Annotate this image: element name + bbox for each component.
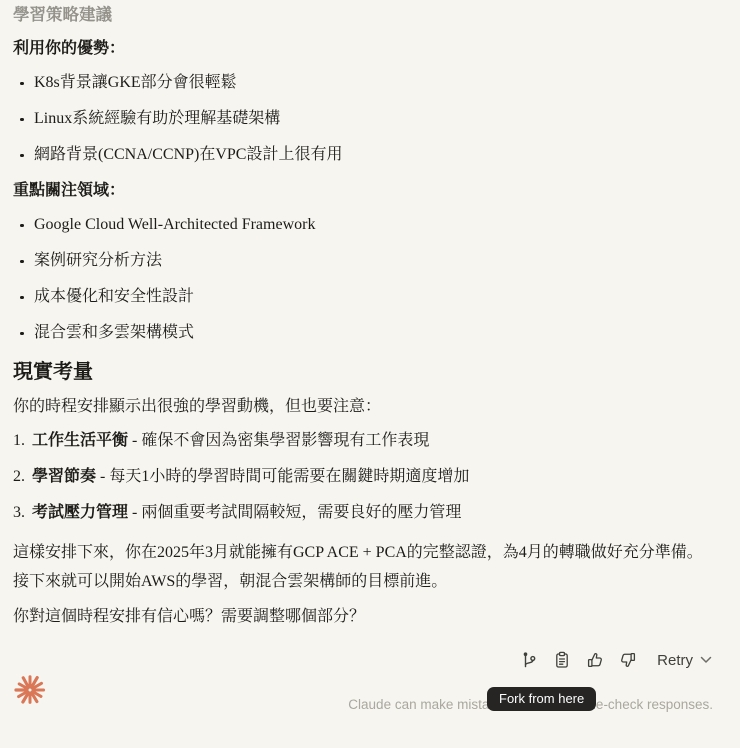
fork-icon <box>520 651 538 669</box>
item-number: 1. <box>13 432 25 449</box>
bullet-dot <box>20 332 24 336</box>
list-item-text: 網路背景(CCNA/CCNP)在VPC設計上很有用 <box>34 146 342 163</box>
list-item-text: Google Cloud Well-Architected Framework <box>34 216 315 233</box>
message-actions-toolbar: Retry <box>0 628 740 670</box>
item-number: 2. <box>13 468 25 485</box>
copy-button[interactable] <box>552 650 572 670</box>
follow-up-question: 你對這個時程安排有信心嗎？需要調整哪個部分？ <box>13 606 713 628</box>
fork-button[interactable] <box>519 650 539 670</box>
fork-tooltip: Fork from here <box>487 687 596 711</box>
considerations-list: 1.工作生活平衡 - 確保不會因為密集學習影響現有工作表現 2.學習節奏 - 每… <box>13 430 713 524</box>
list-item-text: 案例研究分析方法 <box>34 252 162 269</box>
item-title: 工作生活平衡 <box>32 432 128 449</box>
focus-list: Google Cloud Well-Architected Framework … <box>13 214 713 344</box>
list-item: 案例研究分析方法 <box>13 250 713 272</box>
list-item: 網路背景(CCNA/CCNP)在VPC設計上很有用 <box>13 144 713 166</box>
list-item-text: Linux系統經驗有助於理解基礎架構 <box>34 110 280 127</box>
list-item: 混合雲和多雲架構模式 <box>13 322 713 344</box>
claude-logo-icon <box>12 672 48 708</box>
list-item: K8s背景讓GKE部分會很輕鬆 <box>13 72 713 94</box>
strengths-list: K8s背景讓GKE部分會很輕鬆 Linux系統經驗有助於理解基礎架構 網路背景(… <box>13 72 713 166</box>
thumbs-down-icon <box>619 651 637 669</box>
chevron-down-icon <box>700 656 712 664</box>
closing-paragraph: 這樣安排下來，你在2025年3月就能擁有GCP ACE + PCA的完整認證，為… <box>13 538 713 596</box>
thumbs-down-button[interactable] <box>618 650 638 670</box>
numbered-item: 3.考試壓力管理 - 兩個重要考試間隔較短，需要良好的壓力管理 <box>13 502 713 524</box>
thumbs-up-icon <box>586 651 604 669</box>
retry-button[interactable]: Retry <box>657 652 712 669</box>
bullet-dot <box>20 224 24 228</box>
bullet-dot <box>20 82 24 86</box>
list-item-text: K8s背景讓GKE部分會很輕鬆 <box>34 74 237 91</box>
item-desc: - 確保不會因為密集學習影響現有工作表現 <box>128 432 429 449</box>
thumbs-up-button[interactable] <box>585 650 605 670</box>
reality-heading: 現實考量 <box>13 358 713 386</box>
list-item: Google Cloud Well-Architected Framework <box>13 214 713 236</box>
numbered-item: 1.工作生活平衡 - 確保不會因為密集學習影響現有工作表現 <box>13 430 713 452</box>
assistant-message: 學習策略建議 利用你的優勢： K8s背景讓GKE部分會很輕鬆 Linux系統經驗… <box>0 0 740 628</box>
item-desc: - 兩個重要考試間隔較短，需要良好的壓力管理 <box>128 504 461 521</box>
list-item: Linux系統經驗有助於理解基礎架構 <box>13 108 713 130</box>
strengths-label: 利用你的優勢： <box>13 38 713 60</box>
item-desc: - 每天1小時的學習時間可能需要在關鍵時期適度增加 <box>96 468 469 485</box>
item-number: 3. <box>13 504 25 521</box>
numbered-item: 2.學習節奏 - 每天1小時的學習時間可能需要在關鍵時期適度增加 <box>13 466 713 488</box>
retry-label: Retry <box>657 652 693 669</box>
bullet-dot <box>20 118 24 122</box>
list-item: 成本優化和安全性設計 <box>13 286 713 308</box>
item-title: 學習節奏 <box>32 468 96 485</box>
section-heading: 學習策略建議 <box>13 4 713 26</box>
clipboard-icon <box>553 651 571 669</box>
bullet-dot <box>20 260 24 264</box>
bullet-dot <box>20 154 24 158</box>
list-item-text: 成本優化和安全性設計 <box>34 288 194 305</box>
bullet-dot <box>20 296 24 300</box>
item-title: 考試壓力管理 <box>32 504 128 521</box>
list-item-text: 混合雲和多雲架構模式 <box>34 324 194 341</box>
focus-label: 重點關注領域： <box>13 180 713 202</box>
reality-intro: 你的時程安排顯示出很強的學習動機，但也要注意： <box>13 396 713 418</box>
